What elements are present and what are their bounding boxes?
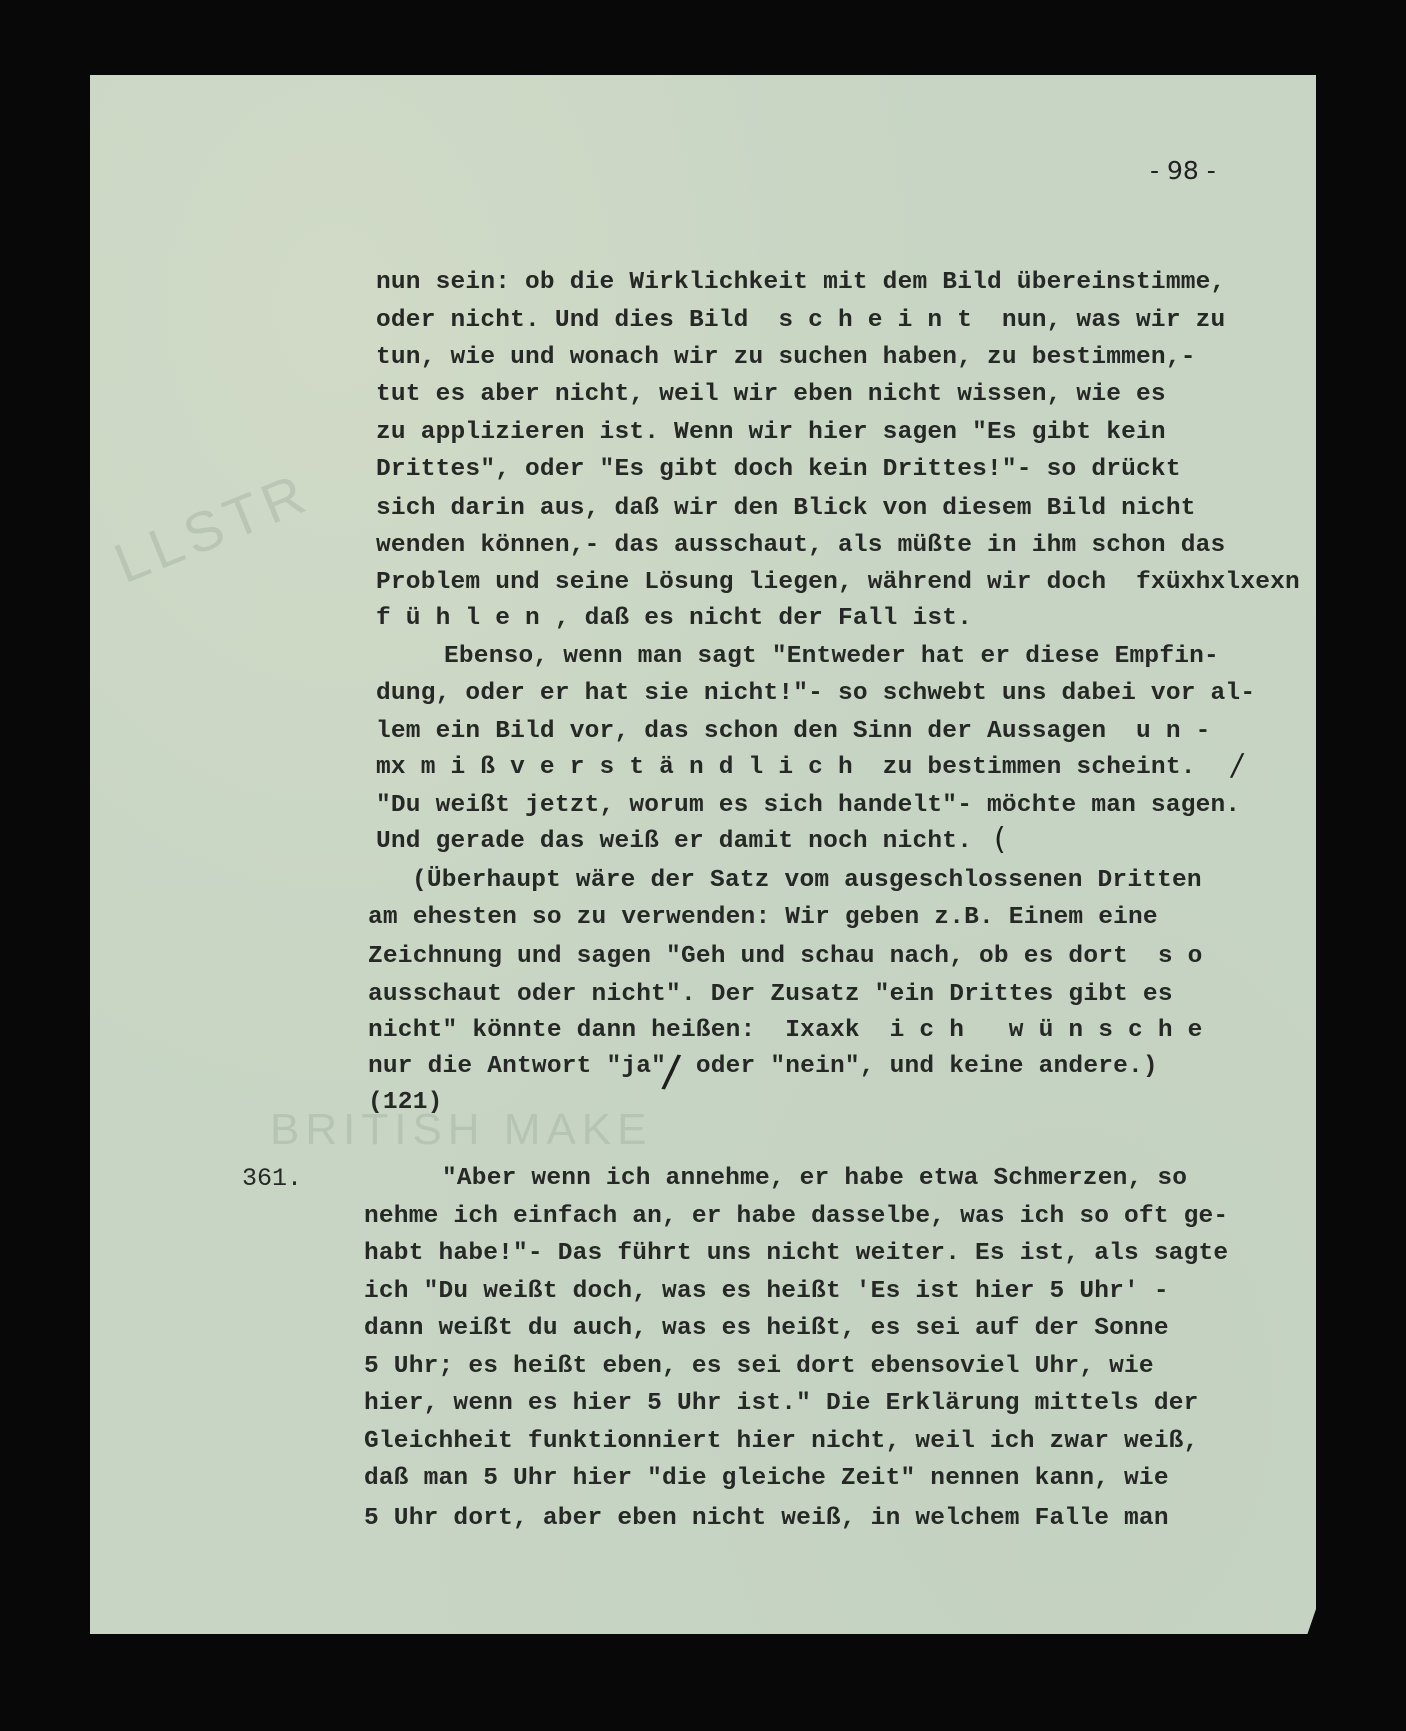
text-line: 5 Uhr; es heißt eben, es sei dort ebenso… bbox=[364, 1352, 1154, 1382]
text-line: ich "Du weißt doch, was es heißt 'Es ist… bbox=[364, 1277, 1169, 1307]
text-line: Zeichnung und sagen "Geh und schau nach,… bbox=[368, 942, 1203, 972]
text-line: mx m i ß v e r s t ä n d l i c h zu best… bbox=[376, 753, 1196, 783]
text-line: (Überhaupt wäre der Satz vom ausgeschlos… bbox=[412, 866, 1202, 896]
page-number: - 98 - bbox=[1150, 156, 1216, 185]
text-line: dung, oder er hat sie nicht!"- so schweb… bbox=[376, 679, 1255, 709]
text-line: tut es aber nicht, weil wir eben nicht w… bbox=[376, 380, 1166, 410]
text-line: Problem und seine Lösung liegen, während… bbox=[376, 568, 1300, 598]
text-line: f ü h l e n , daß es nicht der Fall ist. bbox=[376, 604, 972, 634]
watermark-british-make: BRITISH MAKE bbox=[270, 1105, 653, 1155]
text-line: lem ein Bild vor, das schon den Sinn der… bbox=[376, 717, 1211, 747]
text-line: am ehesten so zu verwenden: Wir geben z.… bbox=[368, 903, 1158, 933]
text-line: Gleichheit funktionniert hier nicht, wei… bbox=[364, 1427, 1199, 1457]
bracket-mark-icon: ( bbox=[994, 822, 1006, 857]
section-number: 361. bbox=[242, 1164, 302, 1193]
text-line: Drittes", oder "Es gibt doch kein Dritte… bbox=[376, 455, 1181, 485]
text-line: (121) bbox=[368, 1088, 443, 1118]
text-line: nicht" könnte dann heißen: Ixaxk i c h w… bbox=[368, 1016, 1203, 1046]
text-line: "Aber wenn ich annehme, er habe etwa Sch… bbox=[442, 1164, 1187, 1194]
text-line: habt habe!"- Das führt uns nicht weiter.… bbox=[364, 1239, 1228, 1269]
text-line: nun sein: ob die Wirklichkeit mit dem Bi… bbox=[376, 268, 1225, 298]
text-line: wenden können,- das ausschaut, als müßte… bbox=[376, 531, 1225, 561]
text-line: Ebenso, wenn man sagt "Entweder hat er d… bbox=[444, 642, 1219, 672]
text-line: "Du weißt jetzt, worum es sich handelt"-… bbox=[376, 791, 1240, 821]
text-line: Und gerade das weiß er damit noch nicht. bbox=[376, 827, 972, 857]
text-line: ausschaut oder nicht". Der Zusatz "ein D… bbox=[368, 980, 1173, 1010]
text-line: 5 Uhr dort, aber eben nicht weiß, in wel… bbox=[364, 1504, 1169, 1534]
text-line: hier, wenn es hier 5 Uhr ist." Die Erklä… bbox=[364, 1389, 1199, 1419]
text-line: nur die Antwort "ja", oder "nein", und k… bbox=[368, 1052, 1158, 1082]
text-line: dann weißt du auch, was es heißt, es sei… bbox=[364, 1314, 1169, 1344]
text-line: sich darin aus, daß wir den Blick von di… bbox=[376, 494, 1196, 524]
watermark-arc: LLSTR bbox=[105, 459, 319, 596]
text-line: tun, wie und wonach wir zu suchen haben,… bbox=[376, 343, 1196, 373]
text-line: oder nicht. Und dies Bild s c h e i n t … bbox=[376, 306, 1225, 336]
text-line: zu applizieren ist. Wenn wir hier sagen … bbox=[376, 418, 1166, 448]
text-line: nehme ich einfach an, er habe dasselbe, … bbox=[364, 1202, 1228, 1232]
text-line: daß man 5 Uhr hier "die gleiche Zeit" ne… bbox=[364, 1464, 1169, 1494]
